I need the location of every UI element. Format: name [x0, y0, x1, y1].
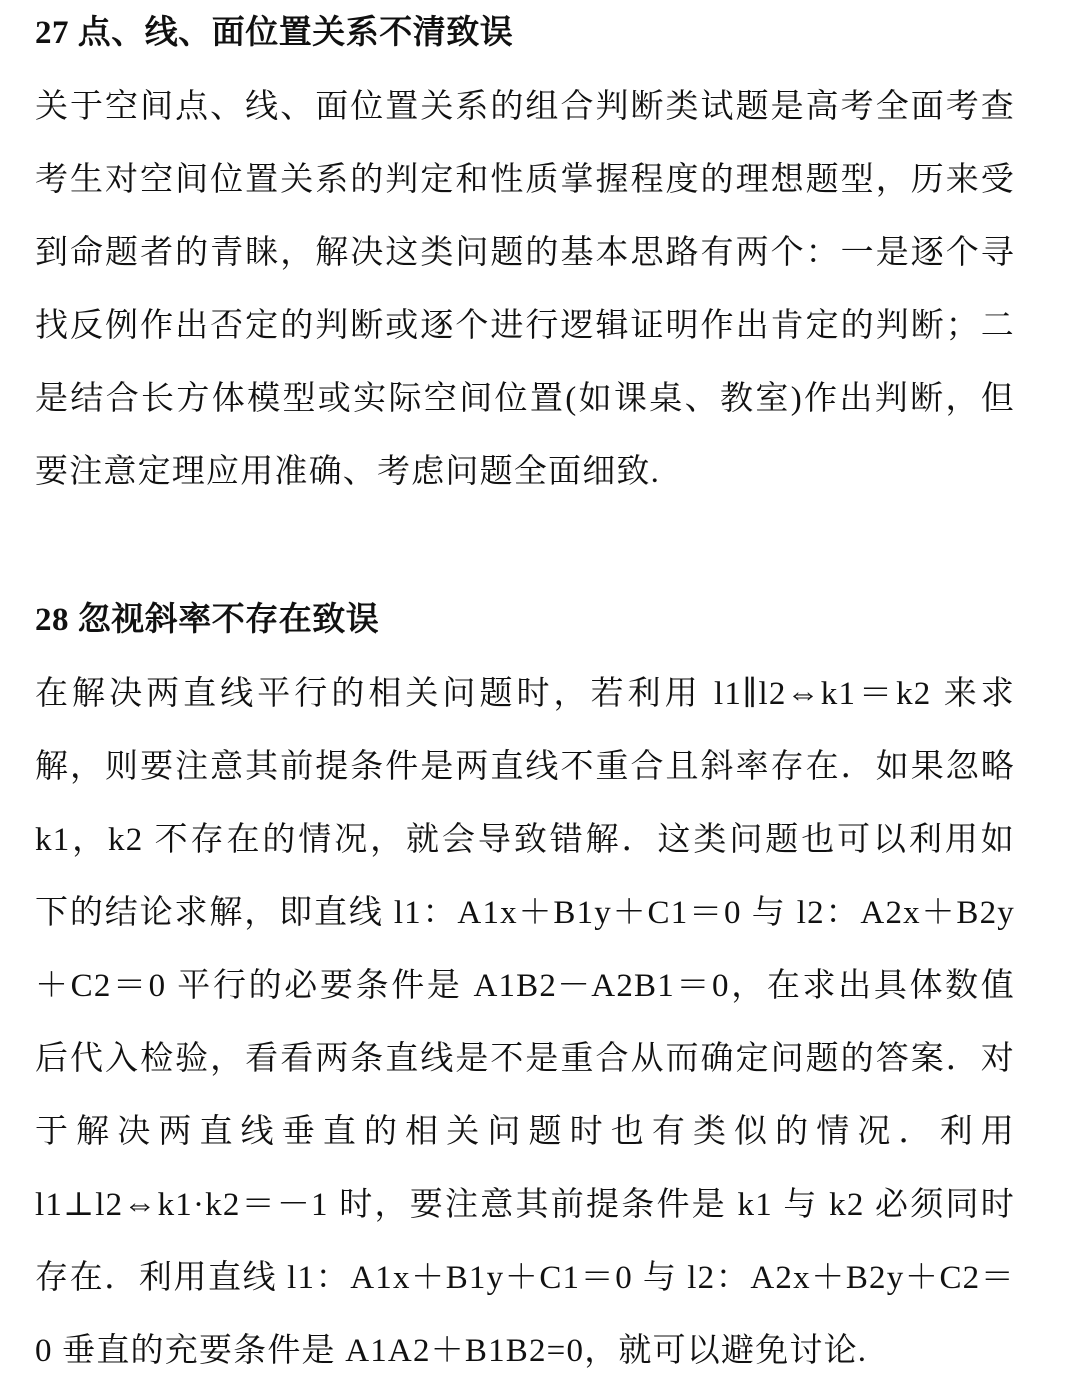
- paragraph-line: 关于空间点、线、面位置关系的组合判断类试题是高考全面考查: [35, 87, 1015, 127]
- paragraph-line: 解，则要注意其前提条件是两直线不重合且斜率存在．如果忽略: [35, 747, 1015, 787]
- paragraph-line: 下的结论求解，即直线 l1：A1x＋B1y＋C1＝0 与 l2：A2x＋B2y: [35, 893, 1015, 933]
- paragraph-line: k1，k2 不存在的情况，就会导致错解．这类问题也可以利用如: [35, 820, 1015, 860]
- paragraph-line: 存在．利用直线 l1：A1x＋B1y＋C1＝0 与 l2：A2x＋B2y＋C2＝: [35, 1258, 1015, 1298]
- paragraph-line: l1⊥l2⇔k1·k2＝－1 时，要注意其前提条件是 k1 与 k2 必须同时: [35, 1185, 1015, 1225]
- paragraph-line: 后代入检验，看看两条直线是不是重合从而确定问题的答案．对: [35, 1039, 1015, 1079]
- paragraph-line: 到命题者的青睐，解决这类问题的基本思路有两个：一是逐个寻: [35, 233, 1015, 273]
- paragraph-line: 要注意定理应用准确、考虑问题全面细致.: [35, 452, 1015, 492]
- section-heading-28: 28 忽视斜率不存在致误: [35, 600, 379, 640]
- paragraph-line: 是结合长方体模型或实际空间位置(如课桌、教室)作出判断，但: [35, 379, 1015, 419]
- paragraph-line: 于解决两直线垂直的相关问题时也有类似的情况．利用: [35, 1112, 1015, 1152]
- paragraph-line: 考生对空间位置关系的判定和性质掌握程度的理想题型，历来受: [35, 160, 1015, 200]
- paragraph-line: 0 垂直的充要条件是 A1A2＋B1B2=0，就可以避免讨论.: [35, 1331, 1015, 1371]
- paragraph-line: 找反例作出否定的判断或逐个进行逻辑证明作出肯定的判断；二: [35, 306, 1015, 346]
- paragraph-line: ＋C2＝0 平行的必要条件是 A1B2－A2B1＝0，在求出具体数值: [35, 966, 1015, 1006]
- paragraph-line: 在解决两直线平行的相关问题时，若利用 l1∥l2⇔k1＝k2 来求: [35, 674, 1015, 714]
- section-heading-27: 27 点、线、面位置关系不清致误: [35, 13, 513, 53]
